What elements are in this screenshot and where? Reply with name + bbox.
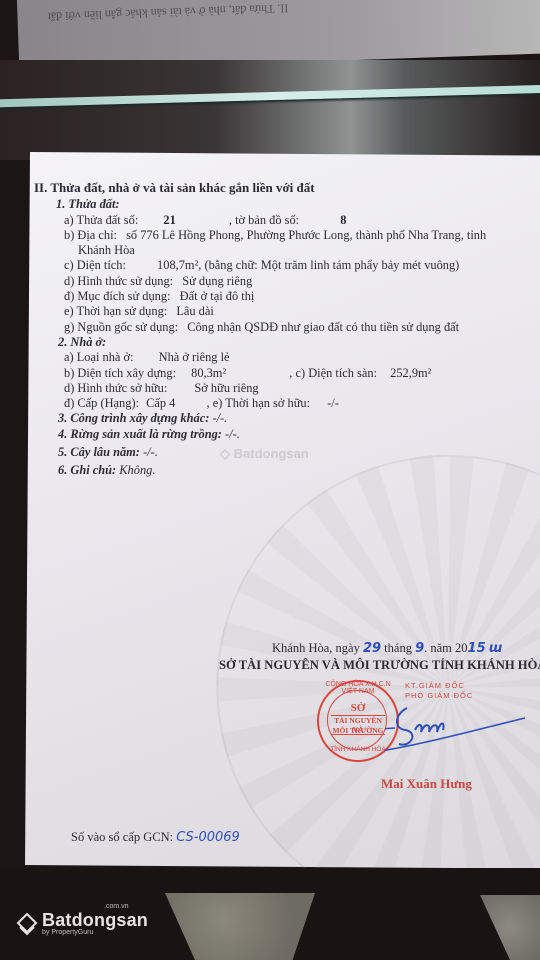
initial-mark: ɯ — [489, 641, 503, 656]
purpose-label: đ) Mục đích sử dụng: — [64, 289, 171, 303]
origin-label: g) Nguồn gốc sử dụng: — [64, 320, 178, 334]
ownership-row: d) Hình thức sở hữu: Sở hữu riêng — [64, 381, 524, 396]
signer-name: Mai Xuân Hưng — [381, 776, 472, 792]
own-term-label: , e) Thời hạn sở hữu: — [207, 396, 311, 410]
land-heading: 1. Thửa đất: — [56, 197, 524, 212]
brand-name: Batdongsan — [42, 910, 148, 930]
purpose-value: Đất ở tại đô thị — [180, 289, 255, 303]
signer-title: KT.GIÁM ĐỐC PHÓ GIÁM ĐỐC — [405, 681, 473, 701]
house-type-row: a) Loại nhà ở: Nhà ở riêng lẻ — [64, 350, 524, 365]
grade-row: đ) Cấp (Hạng): Cấp 4 , e) Thời hạn sở hữ… — [64, 396, 524, 411]
signer-title-line1: KT.GIÁM ĐỐC — [405, 681, 473, 691]
brand-domain: .com.vn — [104, 903, 129, 910]
gcn-label: Số vào sổ cấp GCN: — [71, 830, 173, 844]
address-value: số 776 Lê Hồng Phong, Phường Phước Long,… — [126, 228, 486, 242]
use-form-value: Sử dụng riêng — [182, 274, 252, 288]
other-construction-heading: 3. Công trình xây dựng khác: — [58, 411, 209, 425]
background-card-text: II. Thửa đất, nhà ở và tài sản khác gắn … — [47, 0, 288, 23]
issue-date: Khánh Hòa, ngày 29 tháng 9. năm 2015 ɯ — [272, 641, 502, 656]
forest-heading: 4. Rừng sản xuất là rừng trồng: — [58, 427, 222, 441]
date-month: 9 — [415, 641, 424, 656]
use-form-row: d) Hình thức sử dụng: Sử dụng riêng — [64, 274, 524, 289]
signature-icon — [385, 700, 535, 760]
built-area-value: 80,3m² — [191, 366, 226, 380]
date-month-label: tháng — [384, 641, 412, 655]
forest-value: -/-. — [225, 427, 240, 441]
area-value: 108,7m², (bằng chữ: Một trăm linh tám ph… — [157, 258, 459, 272]
term-label: e) Thời hạn sử dụng: — [64, 304, 167, 318]
seal-top-text: CỘNG HÒA X.H.C.N VIỆT NAM — [319, 681, 397, 695]
parcel-label: a) Thửa đất số: — [64, 213, 138, 227]
built-area-label: b) Diện tích xây dựng: — [64, 366, 176, 380]
forest-row: 4. Rừng sản xuất là rừng trồng: -/-. — [58, 427, 524, 442]
floor-area-label: , c) Diện tích sàn: — [289, 366, 377, 380]
address-continued: Khánh Hòa — [78, 243, 524, 258]
origin-value: Công nhận QSDĐ như giao đất có thu tiền … — [187, 320, 459, 334]
house-type-label: a) Loại nhà ở: — [64, 350, 134, 364]
area-label: c) Diện tích: — [64, 258, 126, 272]
ownership-value: Sở hữu riêng — [194, 381, 258, 395]
watermark-logo-icon: ◇ — [220, 446, 230, 461]
use-form-label: d) Hình thức sử dụng: — [64, 274, 173, 288]
parcel-number: 21 — [163, 213, 175, 227]
term-value: Lâu dài — [176, 304, 214, 318]
house-heading: 2. Nhà ở: — [58, 335, 524, 350]
map-sheet-label: , tờ bản đồ số: — [229, 213, 299, 227]
certificate-content: II. Thửa đất, nhà ở và tài sản khác gắn … — [34, 180, 524, 479]
glass-surface — [0, 60, 540, 160]
grade-label: đ) Cấp (Hạng): — [64, 396, 139, 410]
perennial-heading: 5. Cây lâu năm: — [58, 445, 140, 459]
parcel-row: a) Thửa đất số: 21 , tờ bản đồ số: 8 — [64, 213, 524, 228]
section-title: II. Thửa đất, nhà ở và tài sản khác gắn … — [34, 180, 524, 195]
perennial-value: -/-. — [143, 445, 158, 459]
built-area-row: b) Diện tích xây dựng: 80,3m² , c) Diện … — [64, 366, 524, 381]
batdongsan-logo-icon — [16, 912, 38, 936]
date-year-label: . năm 20 — [424, 641, 467, 655]
date-day: 29 — [363, 641, 381, 656]
brand-watermark: .com.vn Batdongsan by PropertyGuru — [16, 910, 148, 936]
note-value: Không. — [119, 463, 155, 477]
house-type-value: Nhà ở riêng lẻ — [159, 350, 230, 364]
brand-byline: by PropertyGuru — [42, 929, 148, 936]
center-watermark: ◇ Batdongsan — [220, 446, 309, 462]
issuing-authority: SỞ TÀI NGUYÊN VÀ MÔI TRƯỜNG TỈNH KHÁNH H… — [219, 658, 540, 673]
watermark-text: Batdongsan — [234, 446, 309, 461]
gcn-value: CS-00069 — [176, 830, 240, 845]
gcn-number: Số vào sổ cấp GCN: CS-00069 — [71, 830, 240, 845]
note-heading: 6. Ghi chú: — [58, 463, 116, 477]
area-row: c) Diện tích: 108,7m², (bằng chữ: Một tr… — [64, 258, 524, 273]
seal-line2: MÔI TRƯỜNG — [331, 726, 385, 735]
purpose-row: đ) Mục đích sử dụng: Đất ở tại đô thị — [64, 289, 524, 304]
address-row: b) Địa chỉ: số 776 Lê Hồng Phong, Phường… — [64, 228, 524, 243]
note-row: 6. Ghi chú: Không. — [58, 463, 524, 478]
other-construction-value: -/-. — [212, 411, 227, 425]
ownership-label: d) Hình thức sở hữu: — [64, 381, 167, 395]
own-term-value: -/- — [327, 396, 339, 410]
date-place: Khánh Hòa, ngày — [272, 641, 360, 655]
map-sheet-number: 8 — [340, 213, 346, 227]
floor-area-value: 252,9m² — [390, 366, 431, 380]
grade-value: Cấp 4 — [146, 396, 175, 410]
date-year-suffix: 15 — [468, 641, 486, 656]
other-construction-row: 3. Công trình xây dựng khác: -/-. — [58, 411, 524, 426]
origin-row: g) Nguồn gốc sử dụng: Công nhận QSDĐ như… — [64, 320, 524, 335]
address-label: b) Địa chỉ: — [64, 228, 117, 242]
term-row: e) Thời hạn sử dụng: Lâu dài — [64, 304, 524, 319]
